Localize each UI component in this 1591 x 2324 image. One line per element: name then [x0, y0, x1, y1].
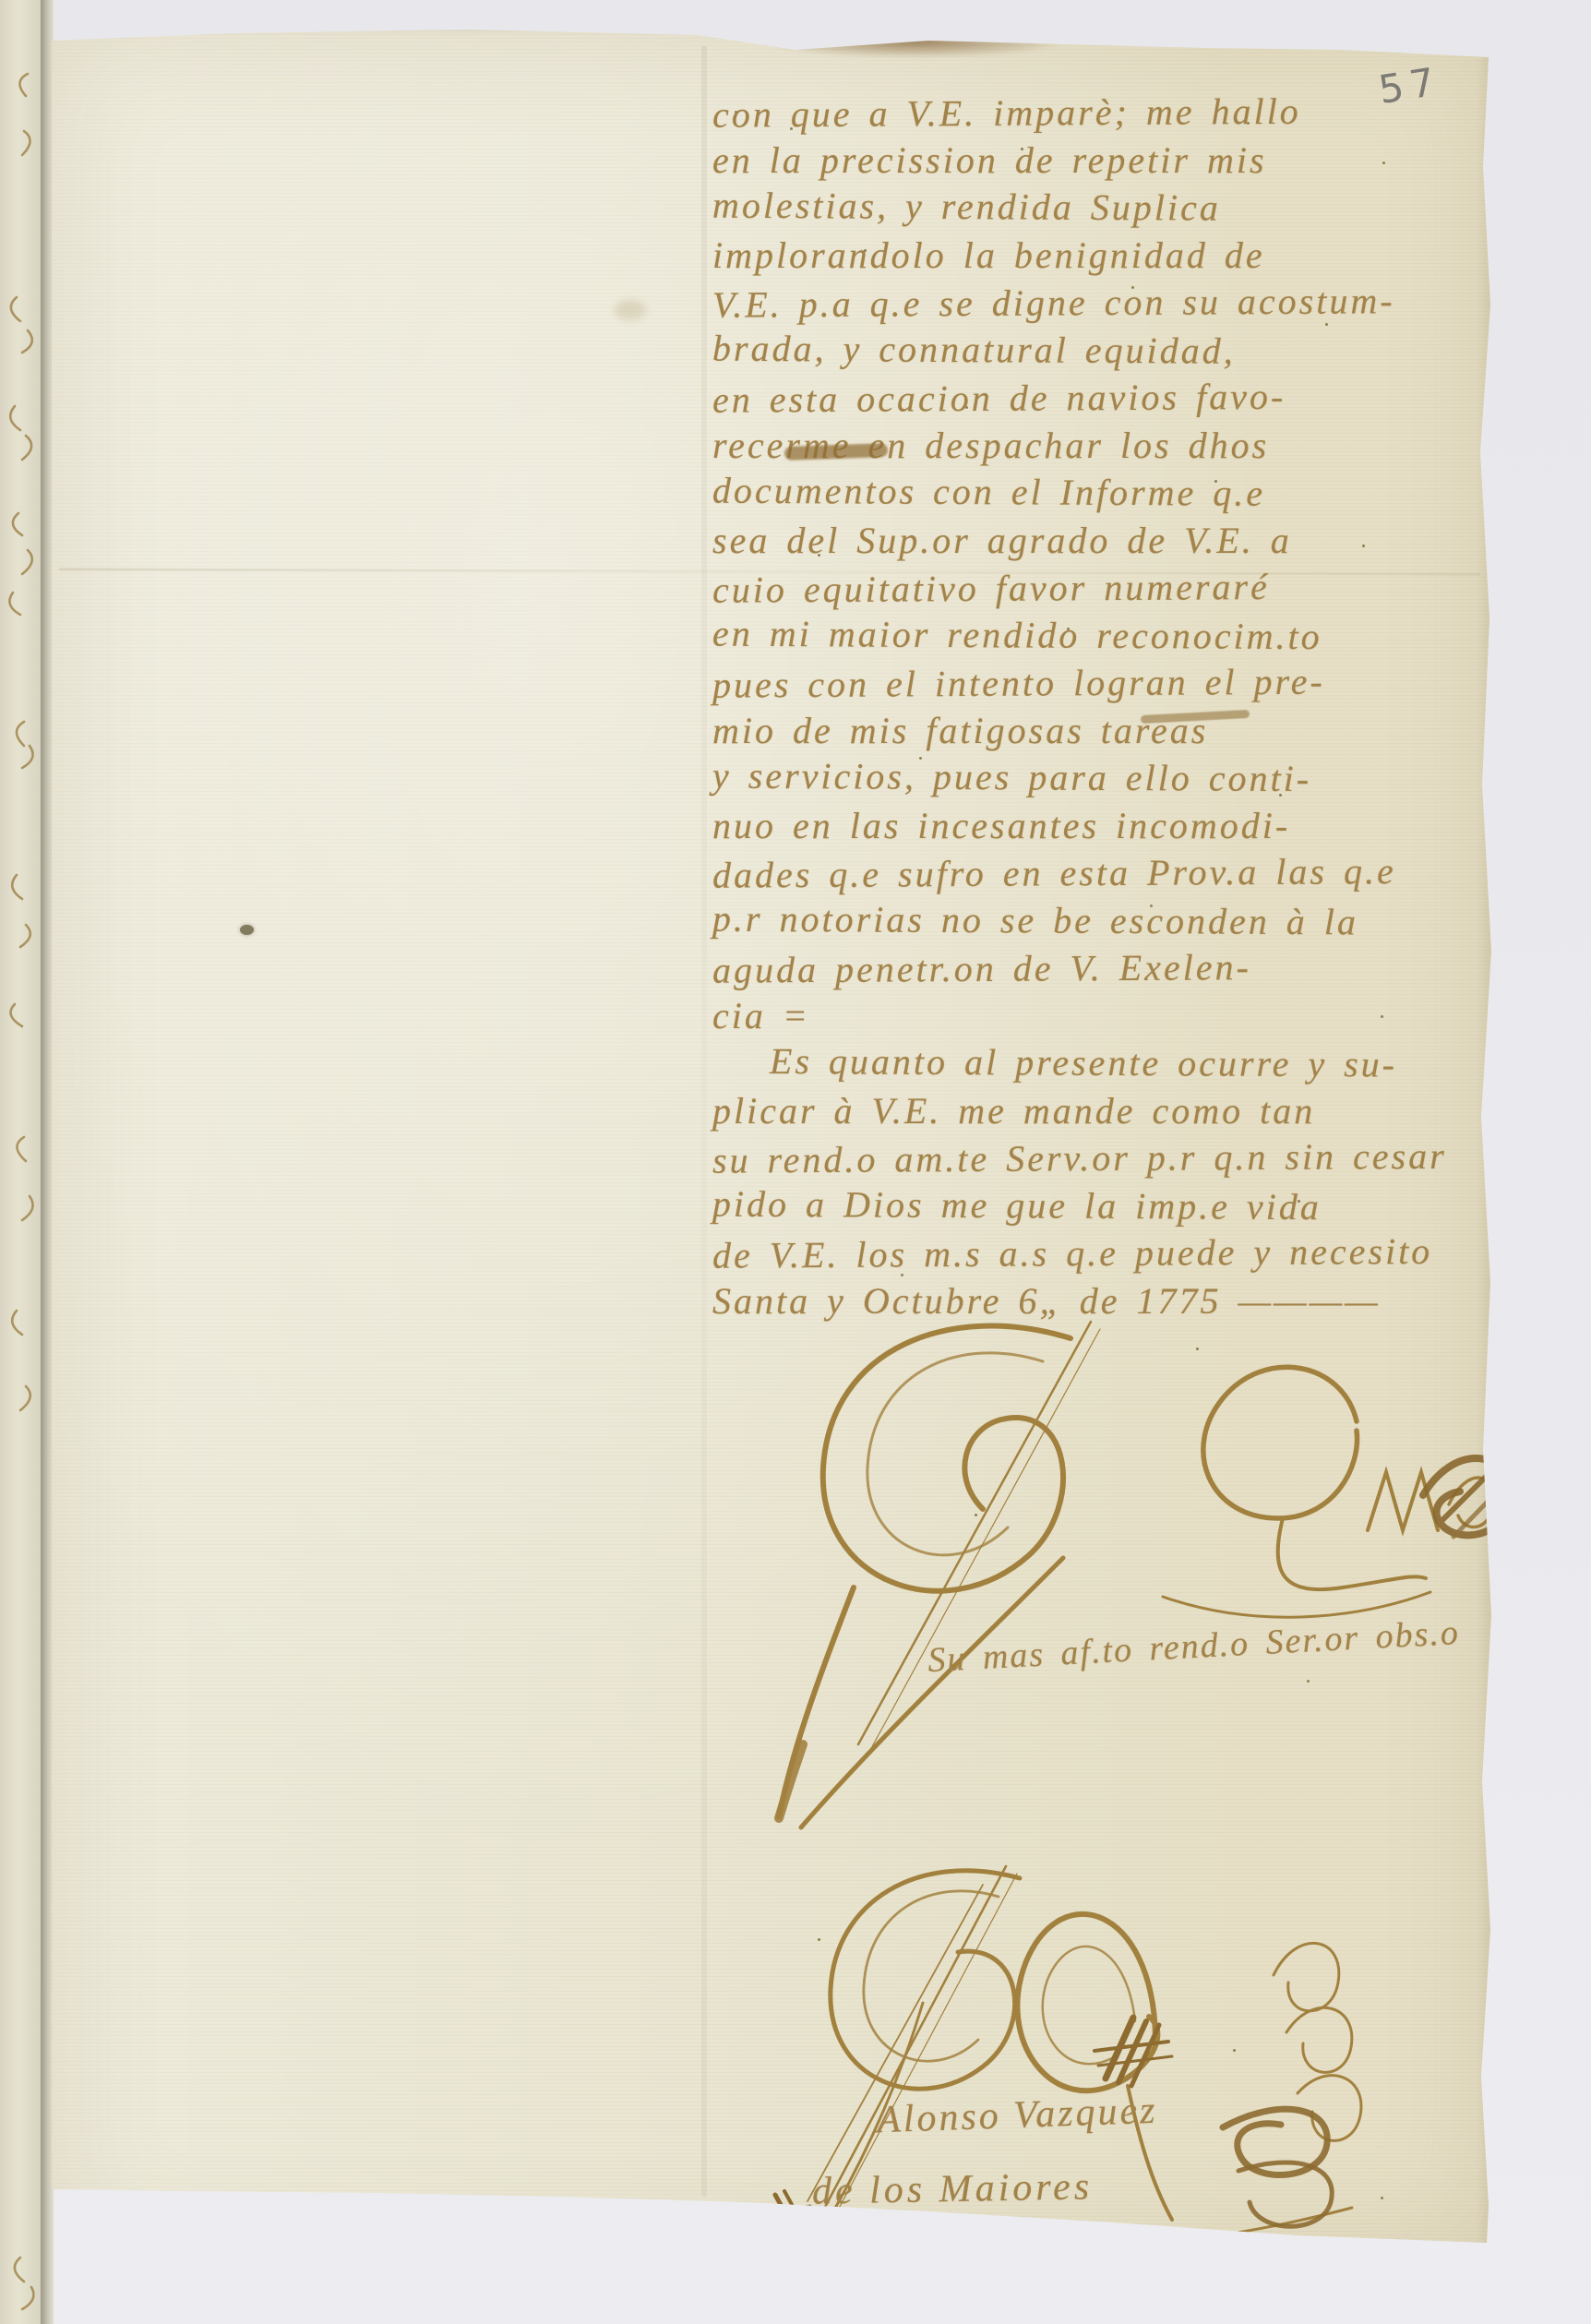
manuscript-line: implorandolo la benignidad de: [712, 232, 1528, 280]
manuscript-line: en mi maior rendido reconocim.to: [712, 609, 1528, 661]
paper-sheet: 57 con que a V.E. imparè; me hallo en la…: [52, 28, 1491, 2261]
manuscript-line: dades q.e sufro en esta Prov.a las q.e: [712, 846, 1528, 899]
letter-body: con que a V.E. imparè; me hallo en la pr…: [712, 89, 1528, 1324]
manuscript-line: pues con el intento logran el pre-: [712, 656, 1528, 709]
manuscript-line: brada, y connatural equidad,: [712, 324, 1528, 376]
binding-gutter-shadow: [41, 0, 54, 2324]
adjacent-page-strip: [0, 0, 41, 2324]
blm-flourish: [766, 1311, 1513, 1846]
signature-name-line2: de los Maiores: [812, 2164, 1094, 2213]
scanned-document-page: 57 con que a V.E. imparè; me hallo en la…: [0, 0, 1591, 2324]
manuscript-line: sea del Sup.or agrado de V.E. a: [712, 517, 1528, 565]
fold-crease-vertical: [701, 46, 707, 2197]
manuscript-line: con que a V.E. imparè; me hallo: [712, 86, 1528, 138]
manuscript-line: en la precission de repetir mis: [712, 137, 1528, 185]
manuscript-line: nuo en las incesantes incomodi-: [712, 802, 1528, 850]
faint-stain: [615, 300, 646, 320]
manuscript-line: Es quanto al presente ocurre y su-: [712, 1037, 1528, 1089]
adjacent-page-text-fragments: [0, 0, 41, 2324]
manuscript-line: cuio equitativo favor numeraré: [712, 561, 1528, 614]
manuscript-line: mio de mis fatigosas tareas: [712, 707, 1528, 755]
manuscript-line: plicar à V.E. me mande como tan: [712, 1087, 1528, 1135]
manuscript-line: en esta ocacion de navios favo-: [712, 371, 1528, 424]
manuscript-line: p.r notorias no se be esconden à la: [712, 894, 1528, 946]
top-edge-stain: [772, 35, 1058, 57]
manuscript-line: de V.E. los m.s a.s q.e puede y necesito: [712, 1227, 1528, 1279]
manuscript-line: aguda penetr.on de V. Exelen-: [712, 941, 1528, 994]
manuscript-line: su rend.o am.te Serv.or p.r q.n sin cesa…: [712, 1132, 1528, 1184]
foxing-spot: [240, 925, 254, 935]
manuscript-line: y servicios, pues para ello conti-: [712, 752, 1528, 804]
manuscript-line: cia =: [712, 992, 1528, 1040]
manuscript-line: pido a Dios me gue la imp.e vida: [712, 1180, 1528, 1231]
manuscript-line: molestias, y rendida Suplica: [712, 182, 1528, 234]
manuscript-line: V.E. p.a q.e se digne con su acostum-: [712, 276, 1528, 329]
manuscript-line: documentos con el Informe q.e: [712, 467, 1528, 519]
